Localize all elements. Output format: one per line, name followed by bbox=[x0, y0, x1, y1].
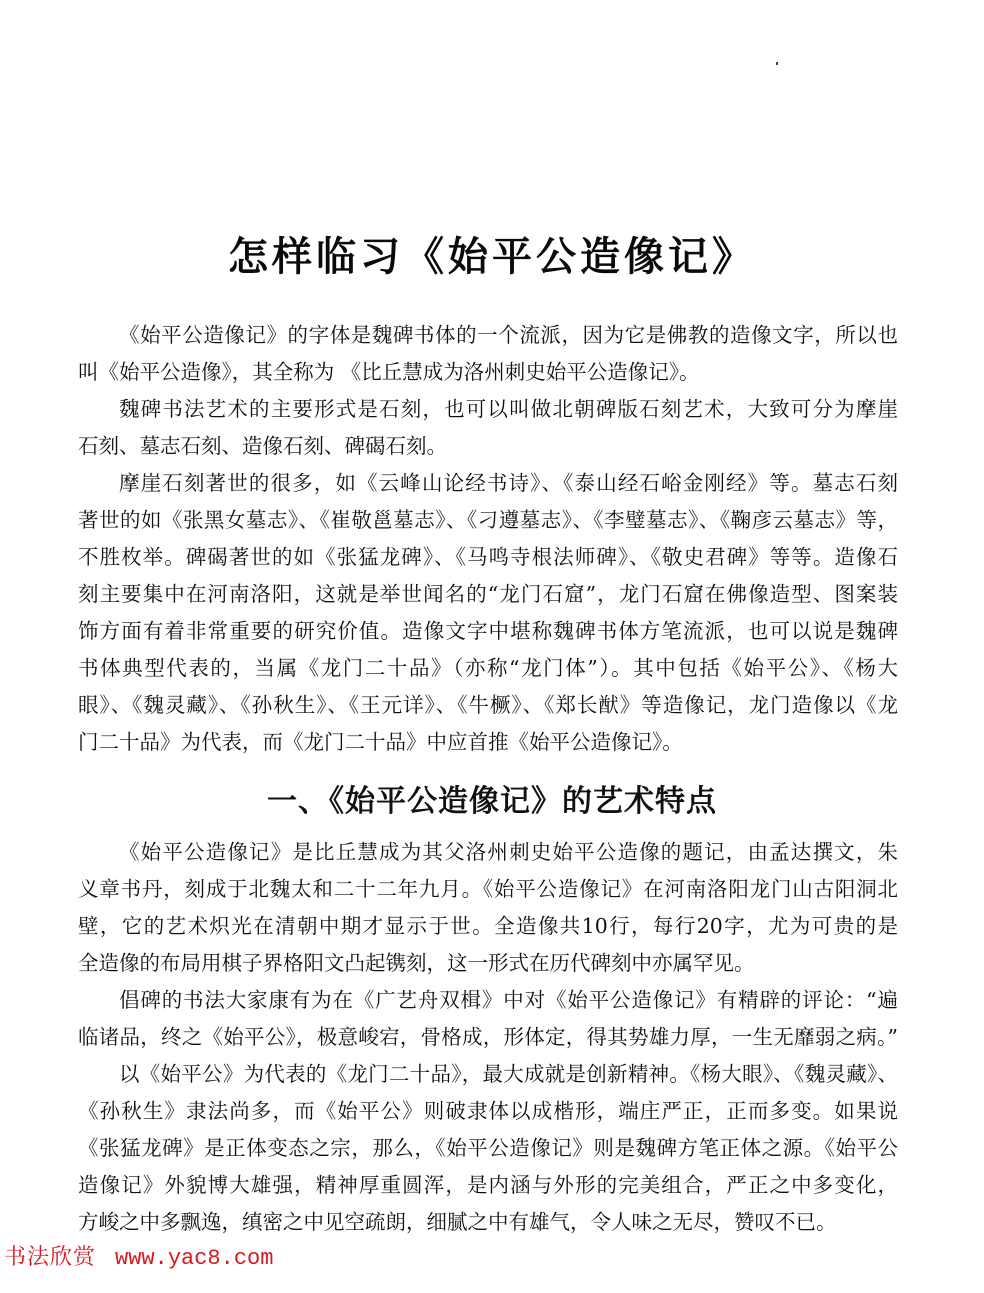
text-line: 以《始平公》为代表的《龙门二十品》，最大成就是创新精神。《杨大眼》、《魏灵藏》、 bbox=[78, 1056, 898, 1093]
text-line: 《始平公造像记》是比丘慧成为其父洛州刺史始平公造像的题记，由孟达撰文，朱 bbox=[78, 834, 898, 871]
page-title: 怎样临习《始平公造像记》 bbox=[0, 232, 984, 282]
text-line: 方峻之中多飘逸，缜密之中见空疏朗，细腻之中有雄气，令人味之无尽，赞叹不已。 bbox=[78, 1204, 898, 1241]
intro-section: 《始平公造像记》的字体是魏碑书体的一个流派，因为它是佛教的造像文字，所以也 叫《… bbox=[78, 317, 898, 761]
watermark-site-name: 书法欣赏 bbox=[4, 1245, 96, 1270]
section-heading: 一、《始平公造像记》的艺术特点 bbox=[0, 780, 984, 824]
text-line: 壁，它的艺术炽光在清朝中期才显示于世。全造像共10行，每行20字，尤为可贵的是 bbox=[78, 908, 898, 945]
text-line: 倡碑的书法大家康有为在《广艺舟双楫》中对《始平公造像记》有精辟的评论：“遍 bbox=[78, 982, 898, 1019]
footer-watermark: 书法欣赏 www.yac8.com bbox=[4, 1243, 273, 1274]
text-line: 门二十品》为代表，而《龙门二十品》中应首推《始平公造像记》。 bbox=[78, 724, 898, 761]
text-line: 造像记》外貌博大雄强，精神厚重圆浑，是内涵与外形的完美组合，严正之中多变化， bbox=[78, 1167, 898, 1204]
text-line: 叫《始平公造像》，其全称为 《比丘慧成为洛州刺史始平公造像记》。 bbox=[78, 354, 898, 391]
text-line: 著世的如《张黑女墓志》、《崔敬邕墓志》、《刁遵墓志》、《李璧墓志》、《鞠彦云墓志… bbox=[78, 502, 898, 539]
text-line: 饰方面有着非常重要的研究价值。造像文字中堪称魏碑书体方笔流派，也可以说是魏碑 bbox=[78, 613, 898, 650]
text-line: 眼》、《魏灵藏》、《孙秋生》、《王元详》、《牛橛》、《郑长猷》等造像记，龙门造像… bbox=[78, 687, 898, 724]
scan-speck bbox=[776, 62, 778, 65]
text-line: 临诸品，终之《始平公》，极意峻宕，骨格成，形体定，得其势雄力厚，一生无靡弱之病。… bbox=[78, 1019, 898, 1056]
text-line: 《孙秋生》隶法尚多，而《始平公》则破隶体以成楷形，端庄严正，正而多变。如果说 bbox=[78, 1093, 898, 1130]
text-line: 魏碑书法艺术的主要形式是石刻，也可以叫做北朝碑版石刻艺术，大致可分为摩崖 bbox=[78, 391, 898, 428]
text-line: 全造像的布局用棋子界格阳文凸起镌刻，这一形式在历代碑刻中亦属罕见。 bbox=[78, 945, 898, 982]
text-line: 石刻、墓志石刻、造像石刻、碑碣石刻。 bbox=[78, 428, 898, 465]
text-line: 书体典型代表的，当属《龙门二十品》（亦称“龙门体”）。其中包括《始平公》、《杨大 bbox=[78, 650, 898, 687]
text-line: 《张猛龙碑》是正体变态之宗，那么，《始平公造像记》则是魏碑方笔正体之源。《始平公 bbox=[78, 1130, 898, 1167]
text-line: 摩崖石刻著世的很多，如《云峰山论经书诗》、《泰山经石峪金刚经》等。墓志石刻 bbox=[78, 465, 898, 502]
text-line: 不胜枚举。碑碣著世的如《张猛龙碑》、《马鸣寺根法师碑》、《敬史君碑》等等。造像石 bbox=[78, 539, 898, 576]
text-line: 义章书丹，刻成于北魏太和二十二年九月。《始平公造像记》在河南洛阳龙门山古阳洞北 bbox=[78, 871, 898, 908]
watermark-url-link[interactable]: www.yac8.com bbox=[115, 1246, 273, 1271]
text-line: 刻主要集中在河南洛阳，这就是举世闻名的“龙门石窟”，龙门石窟在佛像造型、图案装 bbox=[78, 576, 898, 613]
section1-body: 《始平公造像记》是比丘慧成为其父洛州刺史始平公造像的题记，由孟达撰文，朱 义章书… bbox=[78, 834, 898, 1241]
text-line: 《始平公造像记》的字体是魏碑书体的一个流派，因为它是佛教的造像文字，所以也 bbox=[78, 317, 898, 354]
